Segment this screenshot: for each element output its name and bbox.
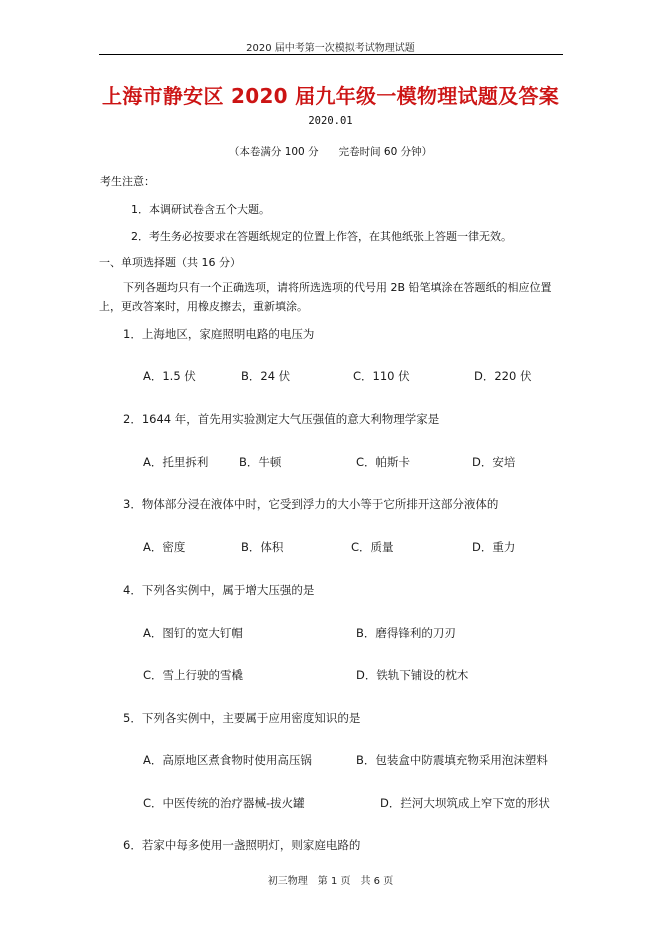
option-b: B．体积	[241, 539, 283, 555]
option-b: B．24 伏	[241, 368, 290, 384]
exam-meta: （本卷满分 100 分完卷时间 60 分钟）	[0, 144, 661, 159]
option-b: B．磨得锋利的刀刃	[356, 625, 456, 641]
section-heading: 一、单项选择题（共 16 分）	[99, 254, 241, 270]
option-a: A．托里拆利	[143, 454, 208, 470]
option-c: C．中医传统的治疗器械-拔火罐	[143, 795, 305, 811]
full-score: （本卷满分 100 分	[229, 146, 319, 158]
document-title: 上海市静安区 2020 届九年级一模物理试题及答案	[0, 80, 661, 109]
option-a: A．密度	[143, 539, 185, 555]
page-footer: 初三物理第 1 页共 6 页	[0, 872, 661, 887]
section-instructions: 下列各题均只有一个正确选项，请将所选选项的代号用 2B 铅笔填涂在答题纸的相应位…	[99, 278, 559, 316]
option-a: A．高原地区煮食物时使用高压锅	[143, 752, 312, 768]
notice-label: 考生注意：	[100, 173, 155, 189]
document-date: 2020.01	[0, 115, 661, 127]
question-stem: 3．物体部分浸在液体中时，它受到浮力的大小等于它所排开这部分液体的	[123, 496, 498, 512]
header-divider	[99, 54, 563, 55]
footer-page: 第 1 页	[318, 876, 351, 887]
time-limit: 完卷时间 60 分钟）	[339, 146, 433, 158]
running-header: 2020 届中考第一次模拟考试物理试题	[0, 39, 661, 54]
notice-item: 2．考生务必按要求在答题纸规定的位置上作答，在其他纸张上答题一律无效。	[131, 228, 512, 244]
question-stem: 4．下列各实例中，属于增大压强的是	[123, 582, 314, 598]
question-stem: 5．下列各实例中，主要属于应用密度知识的是	[123, 710, 360, 726]
option-c: C．帕斯卡	[356, 454, 410, 470]
notice-item: 1．本调研试卷含五个大题。	[131, 201, 270, 217]
option-c: C．110 伏	[353, 368, 410, 384]
option-c: C．雪上行驶的雪橇	[143, 667, 243, 683]
question-stem: 2．1644 年，首先用实验测定大气压强值的意大利物理学家是	[123, 411, 439, 427]
option-d: D．安培	[472, 454, 515, 470]
option-d: D．拦河大坝筑成上窄下宽的形状	[380, 795, 550, 811]
option-d: D．重力	[472, 539, 515, 555]
option-b: B．包装盒中防震填充物采用泡沫塑料	[356, 752, 548, 768]
option-a: A．1.5 伏	[143, 368, 196, 384]
option-d: D．220 伏	[474, 368, 531, 384]
option-d: D．铁轨下铺设的枕木	[356, 667, 468, 683]
question-stem: 6．若家中每多使用一盏照明灯，则家庭电路的	[123, 837, 360, 853]
option-a: A．图钉的宽大钉帽	[143, 625, 243, 641]
footer-subject: 初三物理	[268, 876, 308, 887]
option-c: C．质量	[351, 539, 394, 555]
footer-total: 共 6 页	[361, 876, 394, 887]
question-stem: 1．上海地区，家庭照明电路的电压为	[123, 326, 314, 342]
option-b: B．牛顿	[239, 454, 281, 470]
